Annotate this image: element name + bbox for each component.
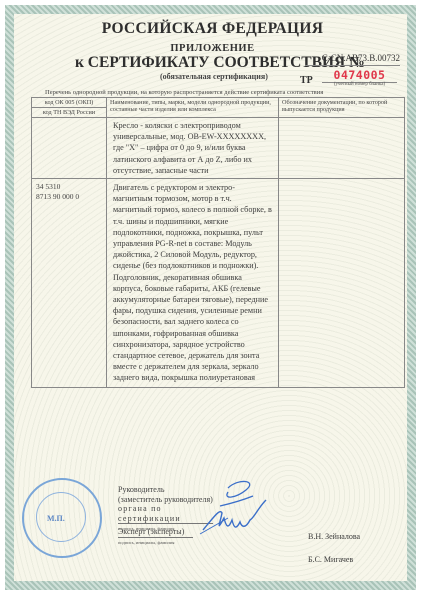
header-tnved: код ТН ВЭД России xyxy=(32,108,107,118)
products-table: код ОК 005 (ОКП) Наименование, типы, мар… xyxy=(31,97,405,388)
certificate-number: С-CN.АВ73.В.00732 xyxy=(305,53,400,66)
table-header-row: код ОК 005 (ОКП) Наименование, типы, мар… xyxy=(32,98,405,108)
table-row: Кресло - коляски с электроприводом униве… xyxy=(32,118,405,179)
stamp-label: М.П. xyxy=(47,514,65,523)
codes-cell: 34 5310 8713 90 000 0 xyxy=(32,179,107,388)
header-name: Наименование, типы, марки, модели одноро… xyxy=(107,98,279,118)
table-row: 34 5310 8713 90 000 0 Двигатель с редукт… xyxy=(32,179,405,388)
tnved-code: 8713 90 000 0 xyxy=(36,192,102,202)
expert-label: Эксперт (эксперты) xyxy=(118,527,193,538)
okp-code: 34 5310 xyxy=(36,182,102,192)
head-name: В.Н. Зейналова xyxy=(308,532,360,541)
expert-name: Б.С. Мигачев xyxy=(308,555,353,564)
tp-label: ТР xyxy=(300,75,313,86)
mandatory-note: (обязательная сертификация) xyxy=(160,72,268,81)
header-docs: Обозначение документации, по которой вып… xyxy=(279,98,405,118)
intro-text: Перечень однородной продукции, на котору… xyxy=(45,89,323,96)
codes-cell xyxy=(32,118,107,179)
blank-number: 0474005 xyxy=(322,68,397,83)
expert-signature-block: Эксперт (эксперты) подпись, инициалы, фа… xyxy=(118,527,193,547)
expert-caption: подпись, инициалы, фамилия xyxy=(118,538,193,548)
blank-caption: (учетный номер бланка) xyxy=(322,82,397,87)
signatures-icon xyxy=(198,478,278,548)
description-cell: Двигатель с редуктором и электро-магнитн… xyxy=(107,179,279,388)
docs-cell xyxy=(279,118,405,179)
country-title: РОССИЙСКАЯ ФЕДЕРАЦИЯ xyxy=(0,20,425,38)
description-cell: Кресло - коляски с электроприводом униве… xyxy=(107,118,279,179)
docs-cell xyxy=(279,179,405,388)
header-okp: код ОК 005 (ОКП) xyxy=(32,98,107,108)
